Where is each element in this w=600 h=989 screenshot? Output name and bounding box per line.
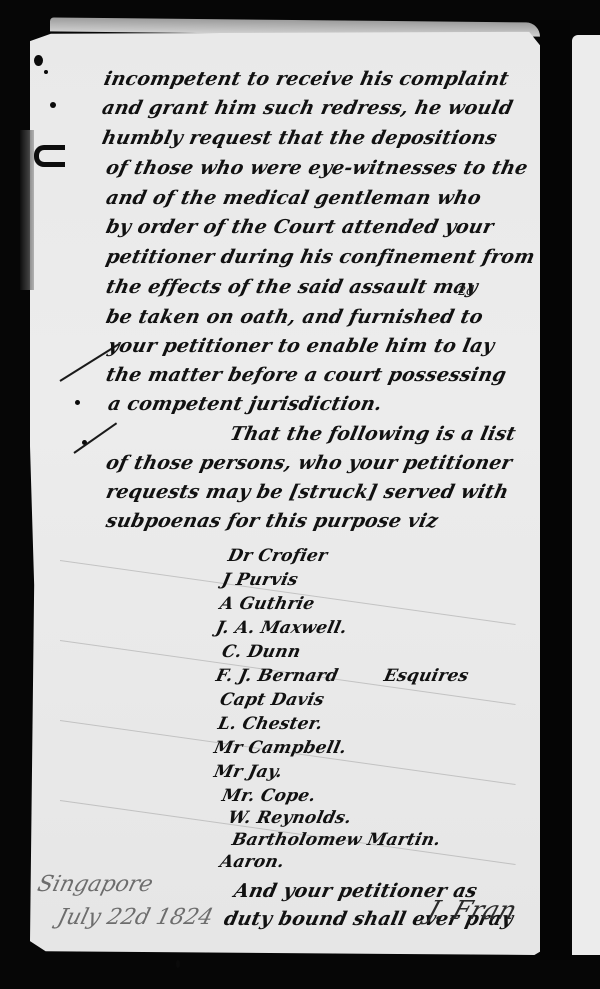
body-line: and of the medical gentleman who	[104, 187, 483, 209]
body-line: incompetent to receive his complaint	[102, 68, 511, 90]
ink-dot	[75, 400, 80, 405]
body-line: the effects of the said assault may	[104, 276, 480, 298]
witness-name: A Guthrie	[218, 594, 316, 614]
body-line: That the following is a list	[228, 423, 518, 445]
witness-name: Mr. Cope.	[220, 786, 318, 806]
witness-name: F. J. Bernard	[214, 666, 340, 686]
witness-name: Bartholomew Martin.	[230, 830, 442, 850]
witness-name: Capt Davis	[218, 690, 326, 710]
witness-name: W. Reynolds.	[226, 808, 353, 828]
ink-dot	[176, 960, 180, 968]
body-line: by order of the Court attended your	[104, 216, 496, 238]
body-line: subpoenas for this purpose viz	[104, 510, 440, 532]
scanned-document-page: incompetent to receive his complaint and…	[0, 0, 600, 989]
ink-blot	[50, 102, 56, 108]
body-line: your petitioner to enable him to lay	[106, 335, 496, 357]
witness-name: Mr Campbell.	[212, 738, 348, 758]
witness-name: J Purvis	[220, 570, 300, 590]
body-line: humbly request that the depositions	[100, 127, 499, 149]
interlinear-insertion: 2d	[458, 284, 475, 299]
witness-name: L. Chester.	[216, 714, 325, 734]
body-line: of those who were eye-witnesses to the	[104, 157, 530, 179]
date-of-signing: July 22d 1824	[55, 905, 216, 930]
body-line: of those persons, who your petitioner	[104, 452, 514, 474]
petitioner-signature: J. Fran	[423, 896, 520, 926]
ink-dot	[44, 70, 48, 74]
body-line: be taken on oath, and furnished to	[104, 306, 485, 328]
body-line: a competent jurisdiction.	[106, 393, 384, 415]
witness-suffix: Esquires	[382, 666, 470, 686]
body-line: petitioner during his confinement from	[104, 246, 537, 268]
witness-name: J. A. Maxwell.	[214, 618, 349, 638]
witness-name: Aaron.	[218, 852, 286, 872]
damaged-left-edge	[20, 130, 34, 290]
witness-name: C. Dunn	[220, 642, 303, 662]
witness-name: Dr Crofier	[226, 546, 329, 566]
body-line: the matter before a court possessing	[104, 364, 508, 386]
ink-blot	[34, 55, 43, 66]
body-line: requests may be [struck] served with	[104, 481, 511, 503]
margin-hook-mark	[34, 145, 65, 167]
body-line: and grant him such redress, he would	[100, 97, 515, 119]
binding-gutter	[540, 20, 570, 960]
place-of-signing: Singapore	[35, 872, 156, 897]
witness-name: Mr Jay.	[212, 762, 284, 782]
adjacent-page-edge	[572, 35, 600, 955]
